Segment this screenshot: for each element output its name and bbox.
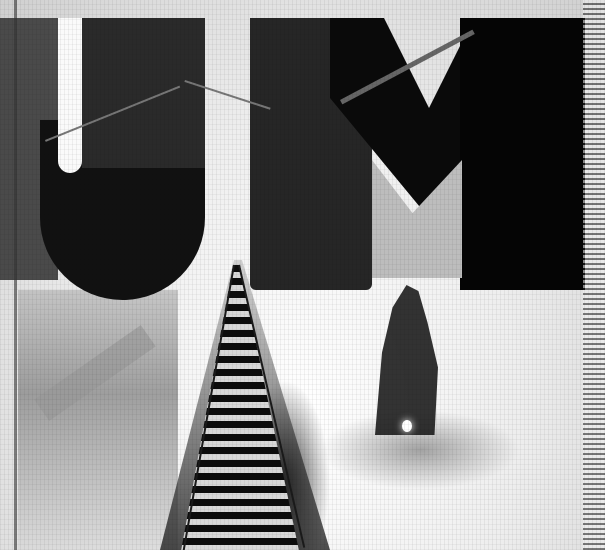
hooded-figure (375, 285, 445, 435)
right-grunge-edge (583, 0, 605, 550)
letter-m-right-stroke (460, 18, 585, 290)
letter-u-right-stroke (82, 18, 205, 168)
left-edge-line (14, 0, 17, 550)
artwork-canvas (0, 0, 605, 550)
letter-u-counter (58, 18, 82, 173)
left-wall (18, 290, 178, 550)
lantern-glow (402, 420, 412, 432)
